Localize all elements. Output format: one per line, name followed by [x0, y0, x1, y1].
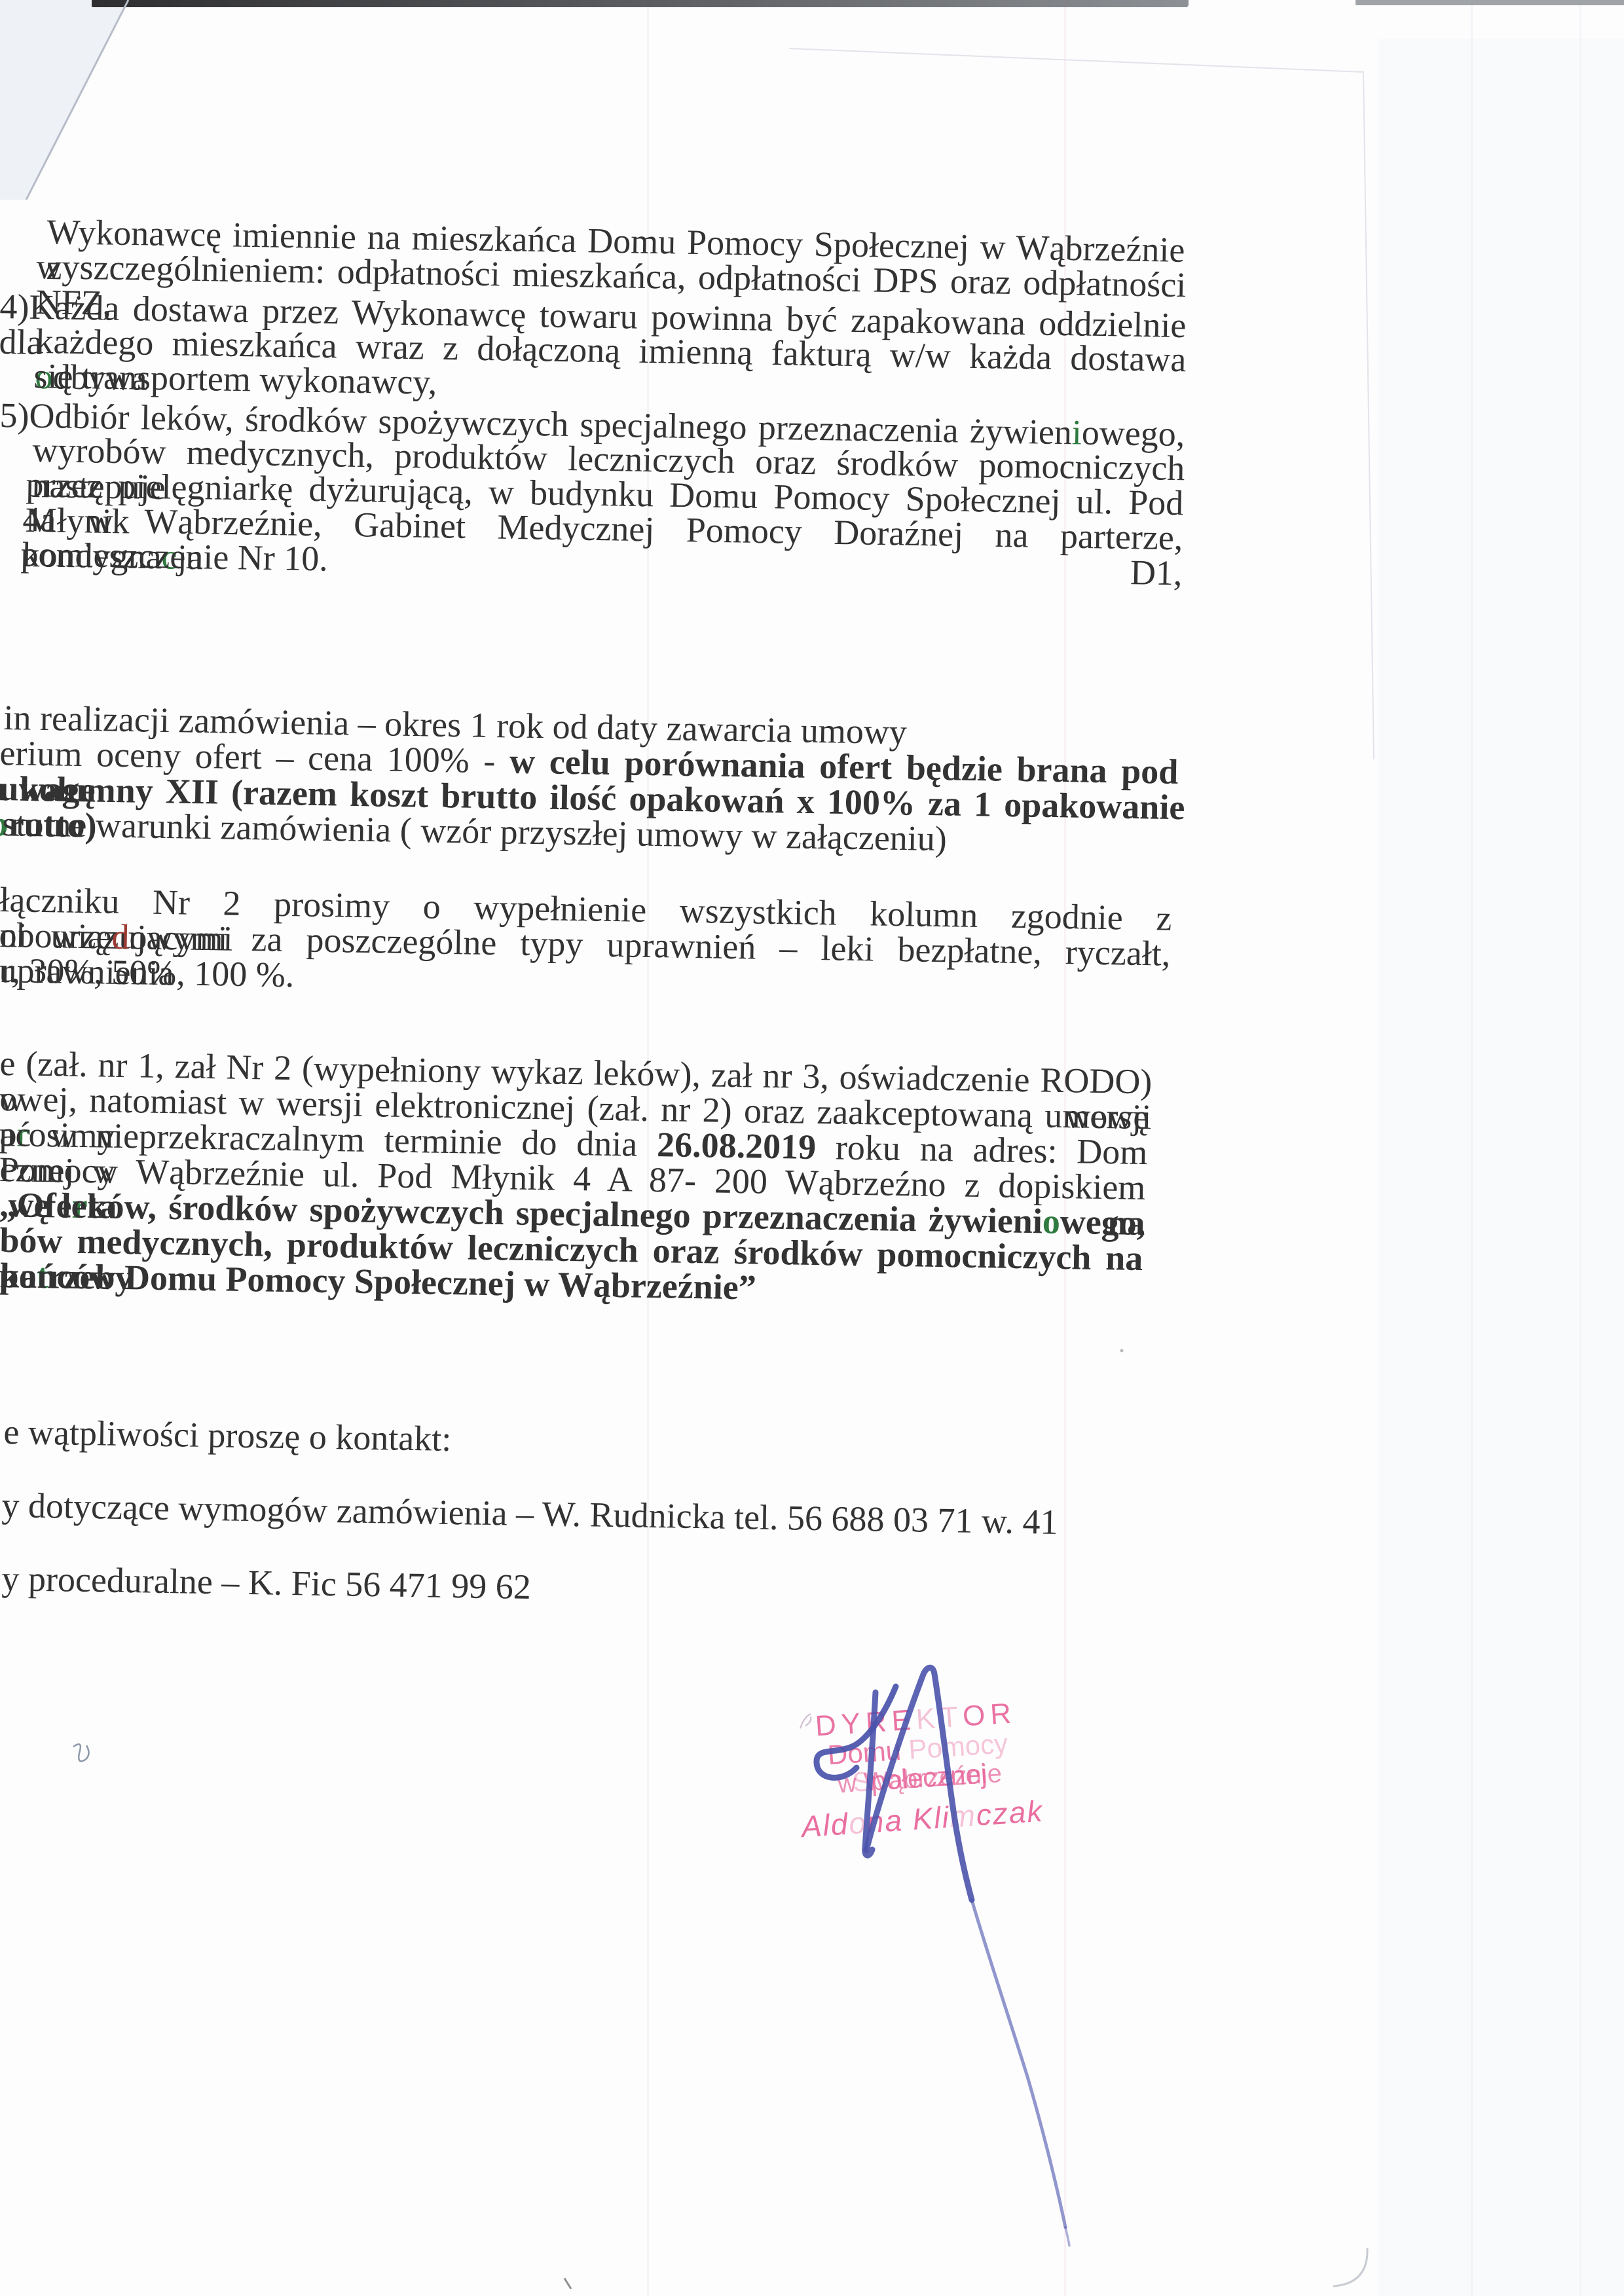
- signature-stroke-3: [866, 1667, 972, 1900]
- signature-stroke-5: [1065, 2227, 1069, 2246]
- signature: [0, 0, 1624, 2296]
- scanned-document-page: { "document": { "language": "pl", "kind"…: [0, 0, 1624, 2296]
- signature-stroke-1: [817, 1686, 896, 1777]
- signature-stroke-4: [972, 1900, 1065, 2227]
